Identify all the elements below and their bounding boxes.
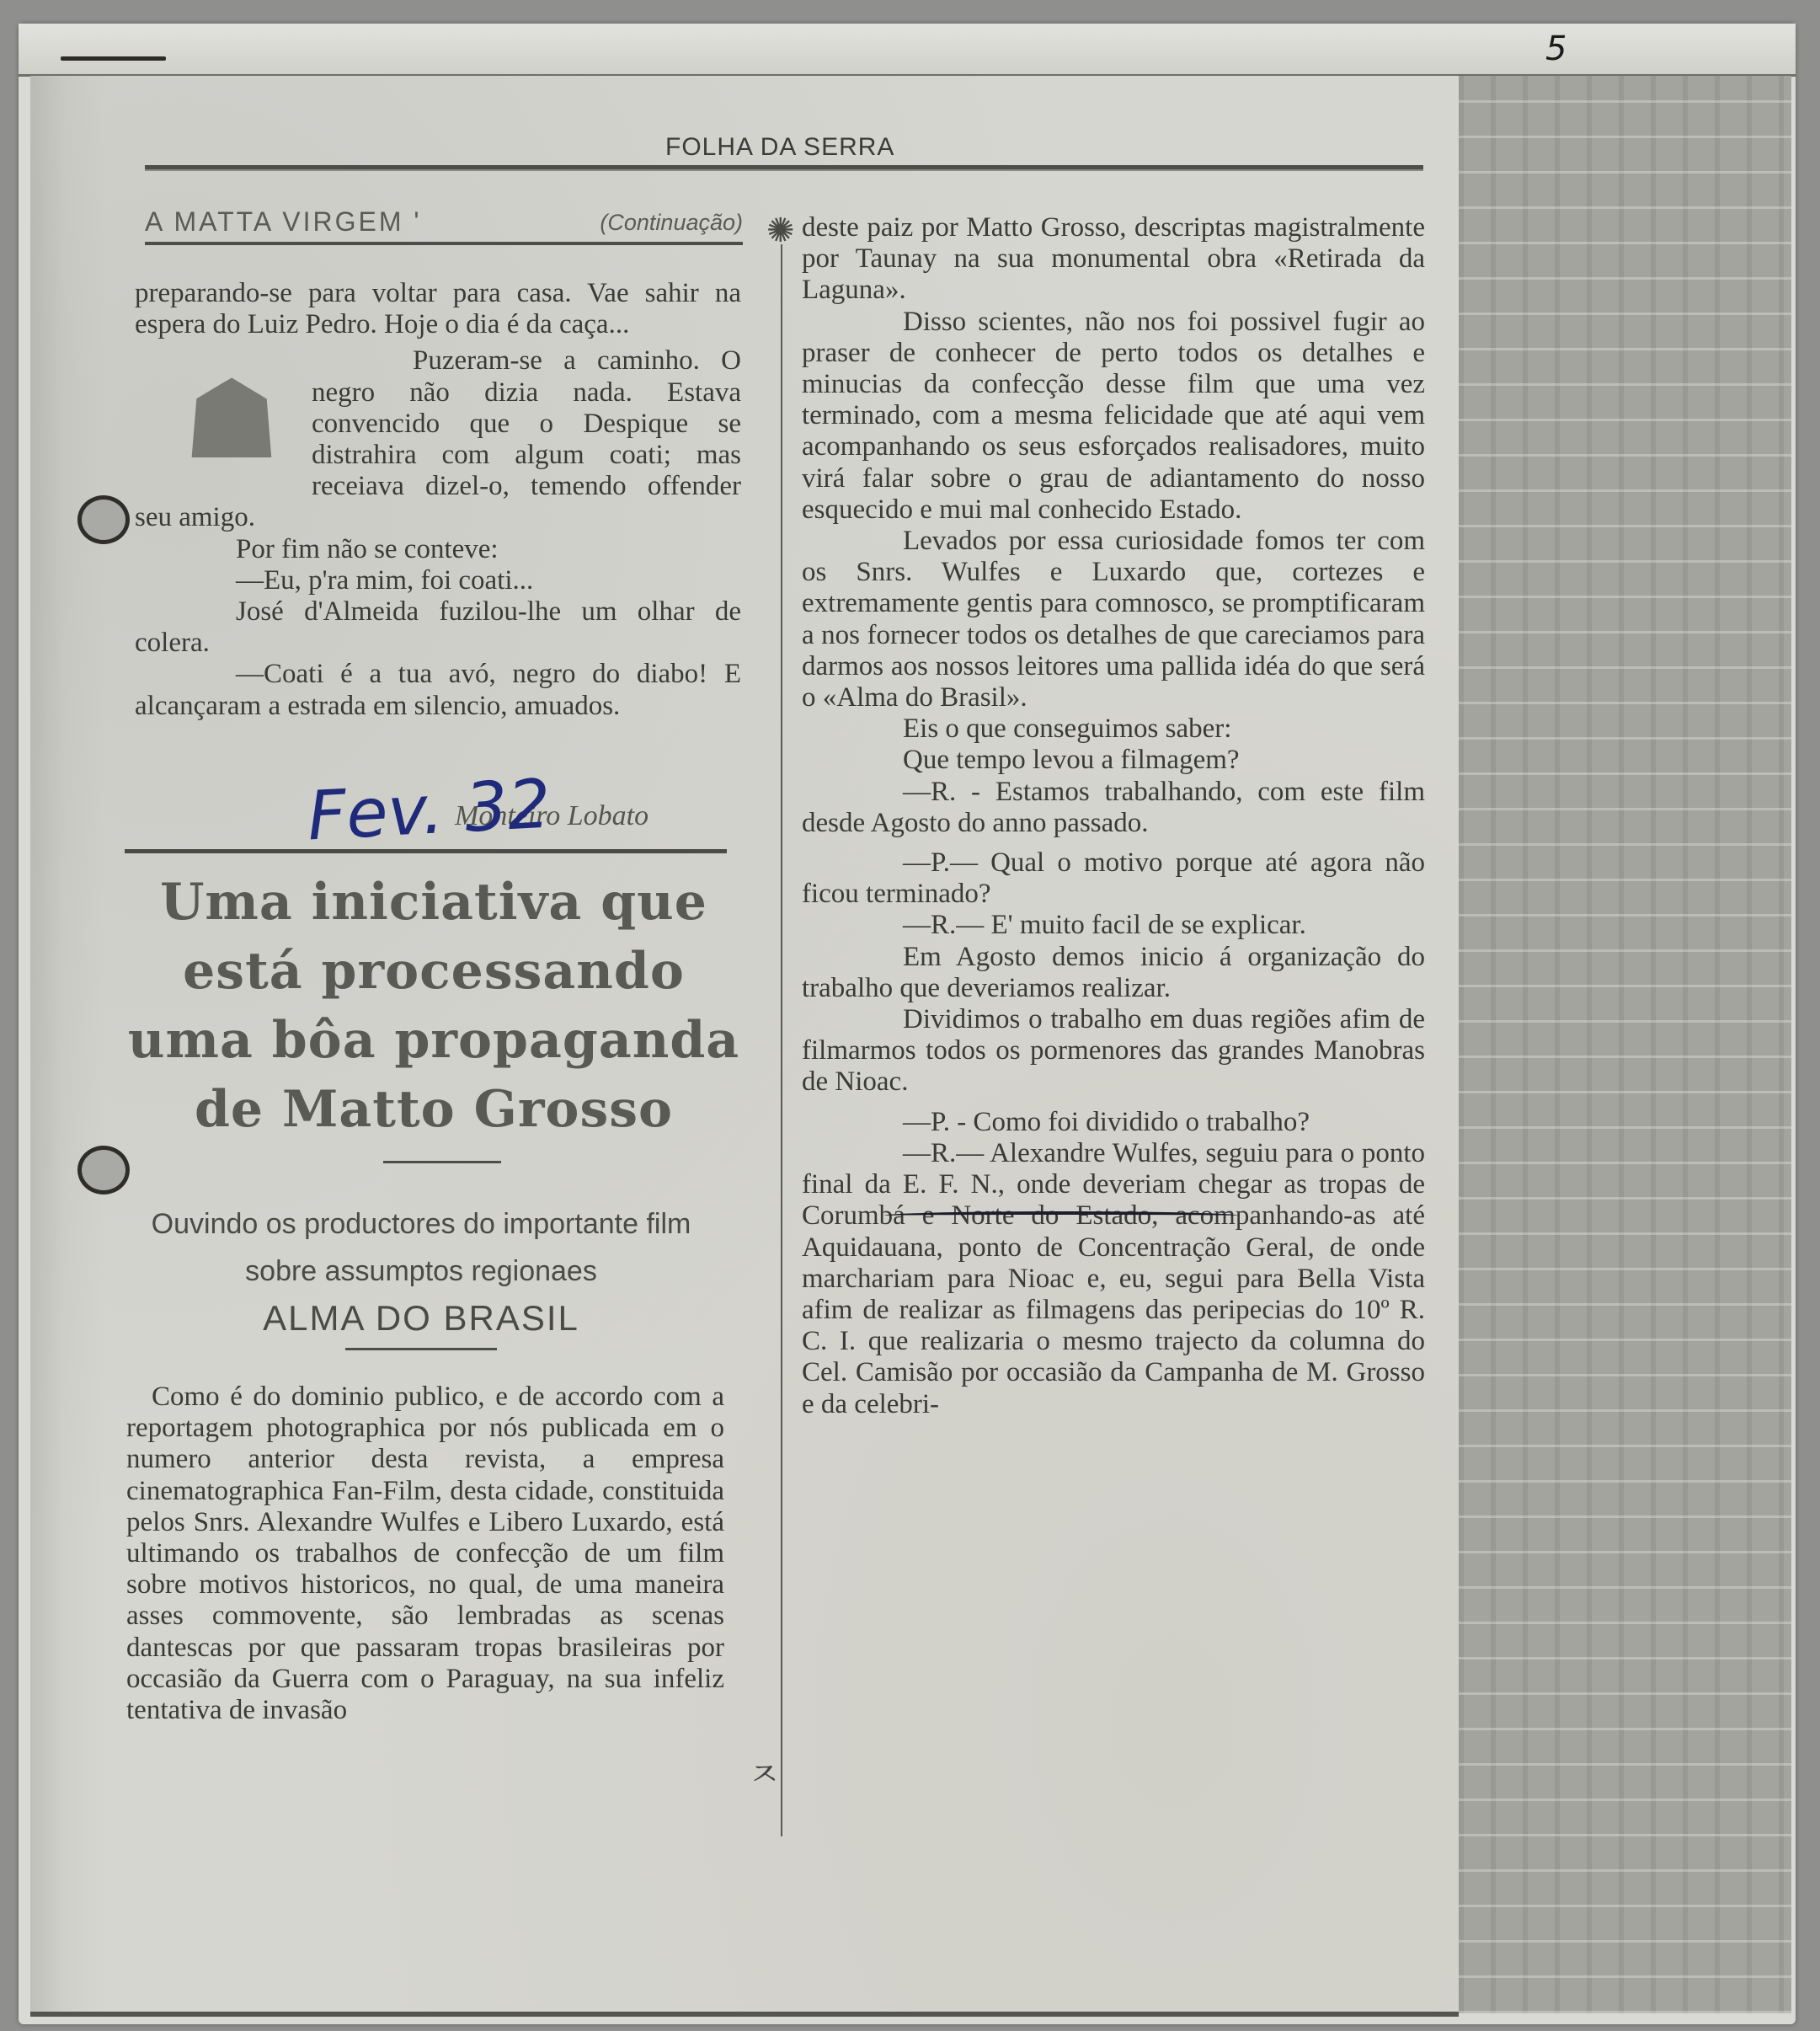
punch-hole-icon — [77, 495, 130, 544]
story-paragraph: José d'Almeida fuzilou-lhe um olhar de c… — [135, 596, 741, 659]
staple-icon — [61, 56, 166, 61]
article-paragraph: deste paiz por Matto Grosso, descriptas … — [802, 212, 1425, 307]
article-paragraph: Levados por essa curiosidade fomos ter c… — [802, 526, 1425, 714]
story-paragraph: —Coati é a tua avó, negro do diabo! E al… — [135, 659, 741, 721]
headline-rule — [383, 1161, 501, 1163]
continued-story-header: A MATTA VIRGEM ' (Continuação) — [145, 206, 743, 245]
story-paragraph: Por fim não se conteve: — [135, 534, 741, 565]
deck-text: Ouvindo os productores do importante fil… — [109, 1200, 733, 1295]
article-paragraph: —P.— Qual o motivo porque até agora não … — [802, 847, 1425, 910]
paper-top-band — [19, 24, 1796, 77]
continued-story-title: A MATTA VIRGEM ' — [145, 206, 422, 237]
figure-illustration-icon: ☗ — [168, 345, 295, 497]
story-paragraph: preparando-se para voltar para casa. Vae… — [135, 278, 741, 340]
punch-hole-icon — [77, 1146, 130, 1195]
article-paragraph: —R.— E' muito facil de se explicar. — [802, 910, 1425, 941]
article-paragraph: —R. - Estamos trabalhando, com este film… — [802, 777, 1425, 839]
column-divider — [781, 244, 782, 1836]
article-headline: Uma iniciativa que está processando uma … — [118, 868, 750, 1144]
article-paragraph: Que tempo levou a filmagem? — [802, 745, 1425, 776]
article-paragraph: Disso scientes, não nos foi possivel fug… — [802, 307, 1425, 526]
masthead-rule — [145, 165, 1423, 171]
film-title: ALMA DO BRASIL — [109, 1295, 733, 1342]
article-paragraph-underlined: Em Agosto demos inicio á organização do … — [802, 942, 1425, 1004]
margin-mark-icon: ㅈ — [748, 1748, 781, 1796]
page-number: 5 — [1545, 29, 1566, 68]
article-body-right: deste paiz por Matto Grosso, descriptas … — [802, 212, 1425, 1420]
handwritten-underline — [884, 1211, 1238, 1220]
deck-rule — [345, 1348, 497, 1350]
story-paragraph: —Eu, p'ra mim, foi coati... — [135, 565, 741, 596]
handwritten-date: Fev. 32 — [306, 765, 552, 856]
masthead-title: FOLHA DA SERRA — [665, 133, 894, 162]
article-paragraph: —P. - Como foi dividido o trabalho? — [802, 1107, 1425, 1138]
story-end-rule — [125, 849, 727, 853]
continued-story-body: preparando-se para voltar para casa. Vae… — [135, 278, 741, 722]
article-paragraph: Como é do dominio publico, e de accordo … — [126, 1382, 724, 1726]
article-body-left: Como é do dominio publico, e de accordo … — [126, 1382, 724, 1726]
article-paragraph: Eis o que conseguimos saber: — [802, 714, 1425, 745]
continuation-label: (Continuação) — [600, 210, 743, 236]
article-paragraph: —R.— Alexandre Wulfes, seguiu para o pon… — [802, 1138, 1425, 1420]
gray-board-strip — [1459, 76, 1791, 2013]
article-paragraph: Dividimos o trabalho em duas regiões afi… — [802, 1004, 1425, 1098]
article-deck: Ouvindo os productores do importante fil… — [109, 1200, 733, 1342]
